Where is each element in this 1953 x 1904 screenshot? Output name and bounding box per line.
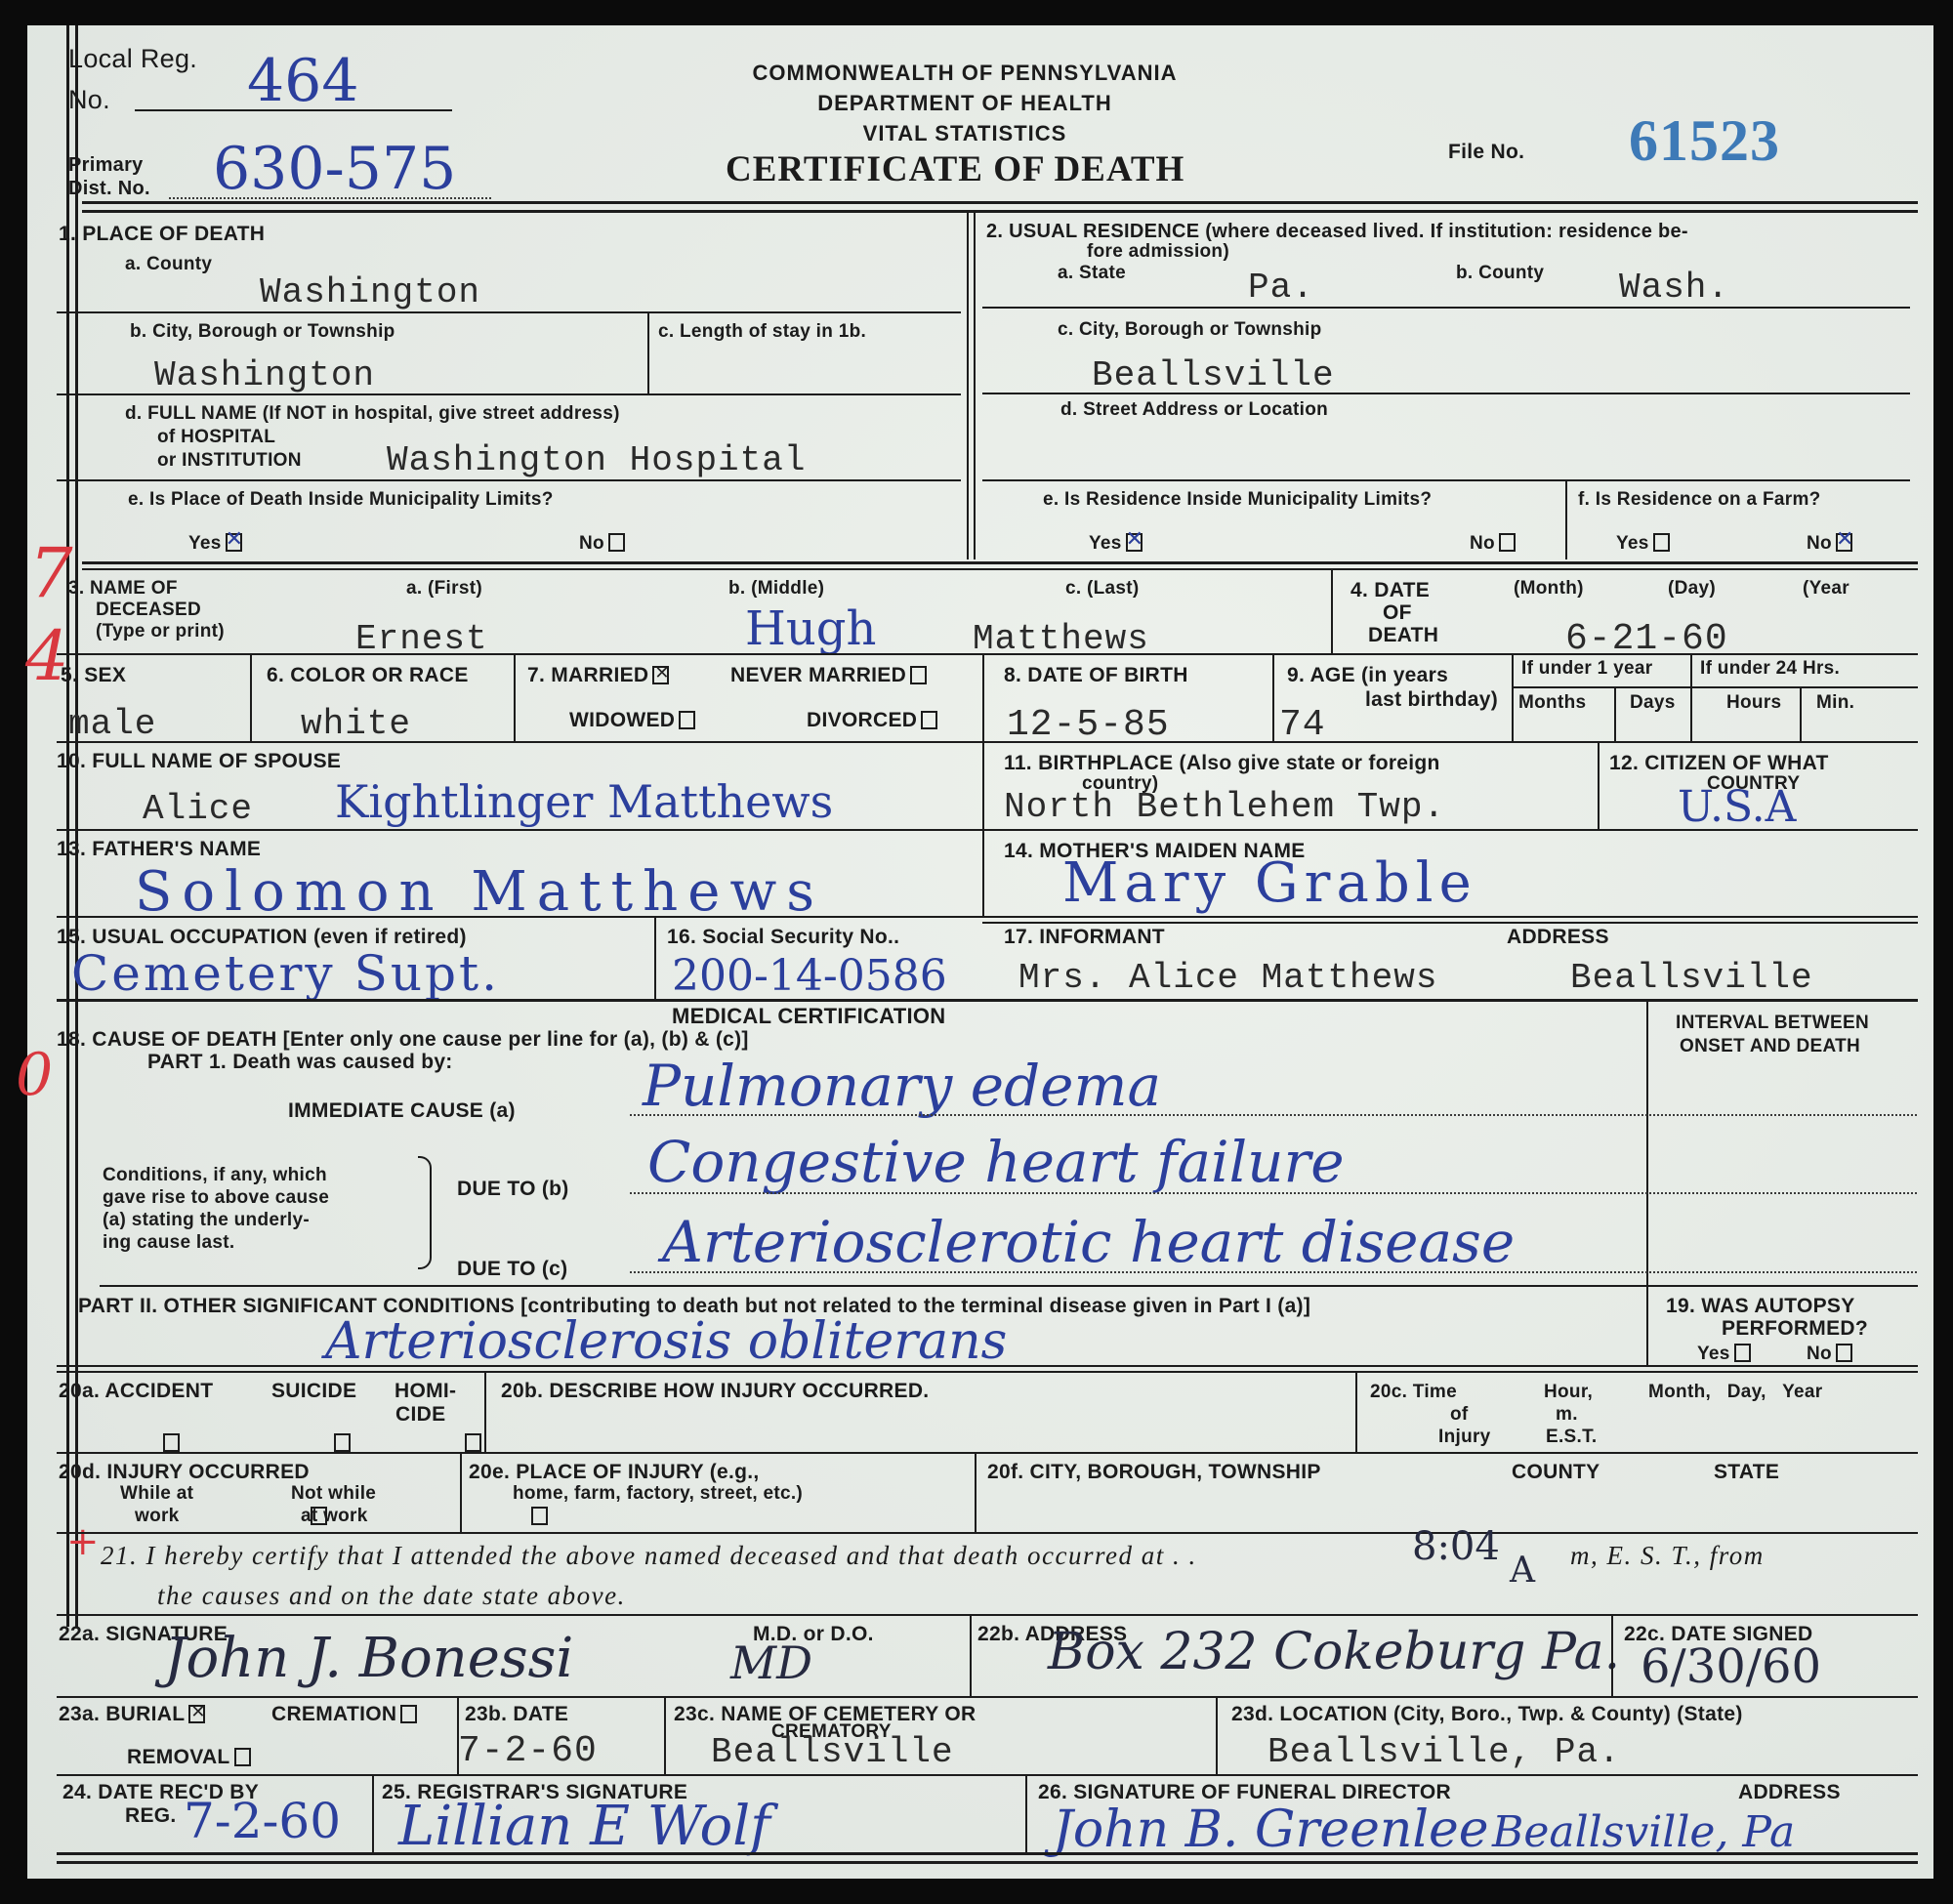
injury-suicide-label: SUICIDE <box>271 1380 356 1402</box>
rule <box>82 561 1918 564</box>
race-label: 6. COLOR OR RACE <box>267 664 469 686</box>
place-of-injury-label: 20e. PLACE OF INJURY (e.g., <box>469 1461 760 1483</box>
hospital-label: d. FULL NAME (If NOT in hospital, give s… <box>125 404 620 425</box>
rule <box>57 1861 1918 1864</box>
vital-statistics-heading: VITAL STATISTICS <box>711 121 1219 146</box>
date-received-value: 7-2-60 <box>184 1793 341 1849</box>
rule <box>57 1452 1918 1454</box>
citizen-value: U.S.A <box>1678 782 1796 832</box>
divider <box>1800 686 1802 741</box>
conditions-brace <box>418 1156 432 1269</box>
rule <box>57 1774 1918 1776</box>
department-heading: DEPARTMENT OF HEALTH <box>711 91 1219 116</box>
divider <box>484 1371 486 1452</box>
burial-option[interactable]: 23a. BURIAL <box>59 1703 205 1725</box>
rule <box>57 653 1918 655</box>
cemetery-value: Beallsville <box>711 1732 954 1772</box>
divider <box>1512 653 1514 741</box>
rule <box>57 1852 1918 1855</box>
checkbox-autopsy-yes[interactable] <box>1734 1344 1751 1362</box>
checkbox-widowed[interactable] <box>679 711 695 729</box>
time-of-injury-label: 20c. Time <box>1370 1383 1457 1403</box>
immediate-cause-label: IMMEDIATE CAUSE (a) <box>288 1099 516 1122</box>
date-of-death-label-3: DEATH <box>1368 624 1438 646</box>
spouse-typed-value: Alice <box>143 789 253 829</box>
date-of-death-label-2: OF <box>1383 601 1412 624</box>
rule <box>82 568 1918 570</box>
due-to-b-line <box>630 1192 1917 1194</box>
immediate-cause-value: Pulmonary edema <box>643 1053 1161 1119</box>
conditions-text-4: ing cause last. <box>103 1233 234 1254</box>
divider <box>1216 1696 1218 1774</box>
time-of-injury-label-2: of <box>1450 1405 1469 1426</box>
time-of-death-value: 8:04 <box>1412 1524 1500 1569</box>
primary-dist-number: 630-575 <box>213 135 456 203</box>
name-label-3: (Type or print) <box>96 622 225 642</box>
residence-county-value: Wash. <box>1619 268 1729 308</box>
checkbox-never-married[interactable] <box>910 666 927 684</box>
hospital-label-2: of HOSPITAL <box>157 428 275 448</box>
under-24-hours-label: If under 24 Hrs. <box>1700 659 1840 680</box>
birthplace-value: North Bethlehem Twp. <box>1004 787 1445 827</box>
hospital-value: Washington Hospital <box>387 440 806 480</box>
header-rule-2 <box>82 210 1918 213</box>
divider <box>654 916 656 999</box>
farm-yes[interactable]: Yes <box>1616 533 1670 555</box>
dod-day-label: (Day) <box>1668 579 1716 600</box>
describe-injury-label: 20b. DESCRIBE HOW INJURY OCCURRED. <box>501 1380 929 1402</box>
rule <box>57 1371 1918 1373</box>
divider <box>664 1696 666 1774</box>
rule <box>57 829 1918 831</box>
under-1-year-label: If under 1 year <box>1521 659 1652 680</box>
divider <box>975 1452 976 1532</box>
time-of-injury-label-3: Injury <box>1438 1428 1491 1448</box>
injury-accident-label: 20a. ACCIDENT <box>59 1380 213 1402</box>
due-to-c-value: Arteriosclerotic heart disease <box>662 1209 1515 1275</box>
date-signed-value: 6/30/60 <box>1641 1639 1821 1694</box>
burial-date-label: 23b. DATE <box>465 1703 568 1725</box>
rule <box>57 311 961 313</box>
hour-label-3: E.S.T. <box>1546 1428 1597 1448</box>
age-value: 74 <box>1279 704 1326 746</box>
am-pm-value: A <box>1510 1551 1535 1591</box>
certification-statement-end: m, E. S. T., from <box>1570 1541 1765 1571</box>
citizen-label: 12. CITIZEN OF WHAT <box>1609 752 1829 774</box>
inside-limits-yes[interactable]: Yes <box>188 533 242 555</box>
ssn-label: 16. Social Security No.. <box>667 926 899 948</box>
margin-mark-1: 7 <box>29 533 73 613</box>
place-of-injury-label-2: home, farm, factory, street, etc.) <box>513 1484 803 1505</box>
due-to-b-label: DUE TO (b) <box>457 1178 569 1200</box>
injury-county-label: COUNTY <box>1512 1461 1600 1483</box>
autopsy-label: 19. WAS AUTOPSY <box>1666 1295 1855 1317</box>
middle-name-value: Hugh <box>745 601 876 656</box>
section-divider-2 <box>974 213 976 559</box>
while-at-work-label: While at <box>120 1484 193 1505</box>
part1-label: PART 1. Death was caused by: <box>147 1051 453 1073</box>
not-at-work-label: Not while <box>291 1484 376 1505</box>
certification-statement-2: the causes and on the date state above. <box>157 1581 626 1611</box>
due-to-c-line <box>630 1271 1917 1273</box>
checkbox-yes[interactable] <box>1653 533 1670 552</box>
date-of-birth-label: 8. DATE OF BIRTH <box>1004 664 1188 686</box>
sex-value: male <box>68 704 156 744</box>
middle-name-label: b. (Middle) <box>728 579 824 600</box>
divider <box>647 311 649 393</box>
date-of-birth-value: 12-5-85 <box>1007 704 1170 746</box>
state-value: Pa. <box>1248 268 1314 308</box>
min-label: Min. <box>1816 693 1854 714</box>
divider <box>1690 653 1692 741</box>
date-received-label-2: REG. <box>125 1804 177 1827</box>
file-number-stamp: 61523 <box>1629 107 1780 175</box>
rule <box>57 999 1918 1002</box>
checkbox-no[interactable] <box>1499 533 1516 552</box>
occupation-value: Cemetery Supt. <box>71 945 500 1002</box>
place-of-death-heading: 1. PLACE OF DEATH <box>59 223 265 245</box>
not-at-work-label-2: at work <box>301 1507 368 1527</box>
age-label: 9. AGE (in years <box>1287 664 1448 686</box>
commonwealth-heading: COMMONWEALTH OF PENNSYLVANIA <box>711 61 1219 86</box>
rule <box>982 393 1910 394</box>
rule <box>982 479 1910 481</box>
cremation-option[interactable]: CREMATION <box>271 1703 417 1725</box>
mother-value: Mary Grable <box>1062 851 1477 915</box>
interval-label: INTERVAL BETWEEN <box>1676 1014 1869 1034</box>
rule <box>982 922 1918 924</box>
street-address-label: d. Street Address or Location <box>1060 400 1328 421</box>
county-value: Washington <box>260 272 480 312</box>
checkbox-yes-checked[interactable] <box>1126 533 1143 552</box>
medical-certification-heading: MEDICAL CERTIFICATION <box>672 1005 945 1028</box>
injury-state-label: STATE <box>1714 1461 1779 1483</box>
physician-signature: John J. Bonessi <box>164 1627 573 1690</box>
hospital-label-3: or INSTITUTION <box>157 451 302 472</box>
father-value: Solomon Matthews <box>135 860 824 924</box>
widowed-option[interactable]: WIDOWED <box>569 709 695 731</box>
residence-county-label: b. County <box>1456 264 1544 284</box>
residence-city-value: Beallsville <box>1092 355 1335 395</box>
certification-statement: 21. I hereby certify that I attended the… <box>101 1541 1197 1571</box>
divider <box>372 1774 374 1852</box>
rule <box>57 1532 1918 1534</box>
hour-label-2: m. <box>1556 1405 1578 1426</box>
header-rule-1 <box>82 201 1918 204</box>
divider <box>1598 741 1600 829</box>
funeral-address-label: ADDRESS <box>1738 1781 1841 1803</box>
age-label-2: last birthday) <box>1365 688 1498 711</box>
rule <box>57 393 961 395</box>
certificate-title: CERTIFICATE OF DEATH <box>726 148 1184 190</box>
rule <box>982 307 1910 309</box>
checkbox-yes-checked[interactable] <box>226 533 242 552</box>
divider <box>1355 1371 1357 1452</box>
checkbox-burial-checked[interactable] <box>188 1705 205 1723</box>
immediate-cause-line <box>630 1114 1917 1116</box>
days-label: Days <box>1630 693 1676 714</box>
autopsy-label-2: PERFORMED? <box>1722 1317 1868 1340</box>
checkbox-divorced[interactable] <box>921 711 937 729</box>
registrar-signature: Lillian E Wolf <box>398 1795 770 1858</box>
spouse-handwritten-value: Kightlinger Matthews <box>335 775 833 828</box>
residence-limits-yes[interactable]: Yes <box>1089 533 1143 555</box>
residence-city-label: c. City, Borough or Township <box>1058 320 1322 341</box>
physician-signature-suffix: MD <box>730 1636 812 1689</box>
injury-city-label: 20f. CITY, BOROUGH, TOWNSHIP <box>987 1461 1321 1483</box>
margin-mark-4: + <box>66 1519 100 1564</box>
local-reg-number: 464 <box>247 47 359 115</box>
birthplace-label: 11. BIRTHPLACE (Also give state or forei… <box>1004 752 1440 774</box>
date-of-death-label: 4. DATE <box>1350 579 1430 601</box>
residence-limits-label: e. Is Residence Inside Municipality Limi… <box>1043 490 1432 511</box>
hours-label: Hours <box>1726 693 1781 714</box>
conditions-text-2: gave rise to above cause <box>103 1188 329 1209</box>
autopsy-yes[interactable]: Yes <box>1697 1344 1751 1365</box>
divider <box>1025 1774 1027 1852</box>
name-label-2: DECEASED <box>96 600 201 621</box>
rule <box>100 1285 1918 1287</box>
residence-limits-no[interactable]: No <box>1470 533 1516 555</box>
divider <box>1272 653 1274 741</box>
divorced-option[interactable]: DIVORCED <box>807 709 937 731</box>
state-label: a. State <box>1058 264 1126 284</box>
physician-address-value: Box 232 Cokeburg Pa. <box>1048 1623 1620 1681</box>
father-label: 13. FATHER'S NAME <box>57 838 261 860</box>
burial-location-label: 23d. LOCATION (City, Boro., Twp. & Count… <box>1231 1703 1743 1725</box>
rule <box>57 1696 1918 1698</box>
race-value: white <box>301 704 411 744</box>
city-value: Washington <box>154 355 375 395</box>
rule <box>57 1614 1918 1616</box>
divider <box>982 653 984 917</box>
funeral-director-address: Beallsville, Pa <box>1492 1807 1795 1857</box>
due-to-b-value: Congestive heart failure <box>647 1129 1345 1195</box>
section-divider-1 <box>967 213 969 559</box>
informant-address-label: ADDRESS <box>1507 926 1609 948</box>
divider <box>1614 686 1616 741</box>
dod-year-label: (Year <box>1803 579 1849 600</box>
cause-of-death-label: 18. CAUSE OF DEATH [Enter only one cause… <box>57 1028 749 1051</box>
burial-location-value: Beallsville, Pa. <box>1267 1732 1621 1772</box>
divider <box>1565 479 1567 559</box>
married-option[interactable]: 7. MARRIED <box>527 664 669 686</box>
checkbox-removal[interactable] <box>234 1748 251 1766</box>
primary-dist-label: Dist. No. <box>68 178 150 199</box>
rule <box>1512 686 1918 688</box>
inside-limits-label: e. Is Place of Death Inside Municipality… <box>128 490 554 511</box>
never-married-option[interactable]: NEVER MARRIED <box>730 664 927 686</box>
county-label: a. County <box>125 255 212 275</box>
divider <box>460 1452 462 1532</box>
injury-homicide-label-2: CIDE <box>395 1403 445 1426</box>
divider <box>1611 1614 1613 1696</box>
length-of-stay-label: c. Length of stay in 1b. <box>658 322 866 343</box>
local-reg-label: Local Reg. <box>68 45 197 74</box>
file-no-label: File No. <box>1448 141 1524 163</box>
informant-address-value: Beallsville <box>1570 958 1813 998</box>
sex-label: 5. SEX <box>61 664 126 686</box>
first-name-label: a. (First) <box>406 579 482 600</box>
checkbox-not-at-work[interactable] <box>531 1507 548 1525</box>
rule <box>57 741 1918 743</box>
usual-residence-heading: 2. USUAL RESIDENCE (where deceased lived… <box>986 221 1688 242</box>
dod-month-label: (Month) <box>1514 579 1584 600</box>
conditions-text-3: (a) stating the underly- <box>103 1211 310 1231</box>
divider <box>250 653 252 741</box>
city-label: b. City, Borough or Township <box>130 322 395 343</box>
inside-limits-no[interactable]: No <box>579 533 625 555</box>
month-day-year-label: Month, Day, Year <box>1648 1383 1822 1403</box>
divider <box>970 1614 972 1696</box>
checkbox-homicide[interactable] <box>465 1433 481 1452</box>
removal-option[interactable]: REMOVAL <box>127 1746 251 1768</box>
part2-value: Arteriosclerosis obliterans <box>325 1312 1007 1371</box>
interval-label-2: ONSET AND DEATH <box>1680 1037 1860 1057</box>
checkbox-suicide[interactable] <box>334 1433 351 1452</box>
checkbox-autopsy-no[interactable] <box>1836 1344 1852 1362</box>
farm-label: f. Is Residence on a Farm? <box>1578 490 1821 511</box>
divider <box>1646 999 1648 1365</box>
local-reg-no-label: No. <box>68 86 110 115</box>
checkbox-accident[interactable] <box>163 1433 180 1452</box>
injury-homicide-label: HOMI- <box>395 1380 456 1402</box>
while-at-work-label-2: work <box>135 1507 180 1527</box>
margin-mark-3: 0 <box>16 1041 53 1109</box>
spouse-label: 10. FULL NAME OF SPOUSE <box>57 750 341 772</box>
injury-occurred-label: 20d. INJURY OCCURRED <box>59 1461 310 1483</box>
usual-residence-heading-cont: fore admission) <box>1087 242 1229 263</box>
divider <box>1331 570 1333 653</box>
conditions-text-1: Conditions, if any, which <box>103 1166 327 1186</box>
name-label: 3. NAME OF <box>68 579 178 600</box>
informant-label: 17. INFORMANT <box>1004 926 1165 948</box>
burial-date-value: 7-2-60 <box>458 1730 598 1772</box>
informant-value: Mrs. Alice Matthews <box>1018 958 1437 998</box>
rule <box>57 916 1918 918</box>
last-name-label: c. (Last) <box>1065 579 1140 600</box>
months-label: Months <box>1518 693 1586 714</box>
checkbox-no[interactable] <box>608 533 625 552</box>
checkbox-married-checked[interactable] <box>652 666 669 684</box>
farm-no[interactable]: No <box>1807 533 1852 555</box>
rule <box>57 479 961 481</box>
checkbox-no-checked[interactable] <box>1836 533 1852 552</box>
hour-label: Hour, <box>1544 1383 1593 1403</box>
primary-label: Primary <box>68 154 144 176</box>
due-to-c-label: DUE TO (c) <box>457 1258 567 1280</box>
ssn-value: 200-14-0586 <box>672 951 947 1001</box>
divider <box>514 653 516 741</box>
funeral-director-signature: John B. Greenlee <box>1053 1801 1489 1859</box>
autopsy-no[interactable]: No <box>1807 1344 1852 1365</box>
certificate-paper: 7 4 0 + Local Reg. No. 464 Primary Dist.… <box>27 25 1933 1879</box>
checkbox-cremation[interactable] <box>400 1705 417 1723</box>
rule <box>57 1365 1918 1367</box>
